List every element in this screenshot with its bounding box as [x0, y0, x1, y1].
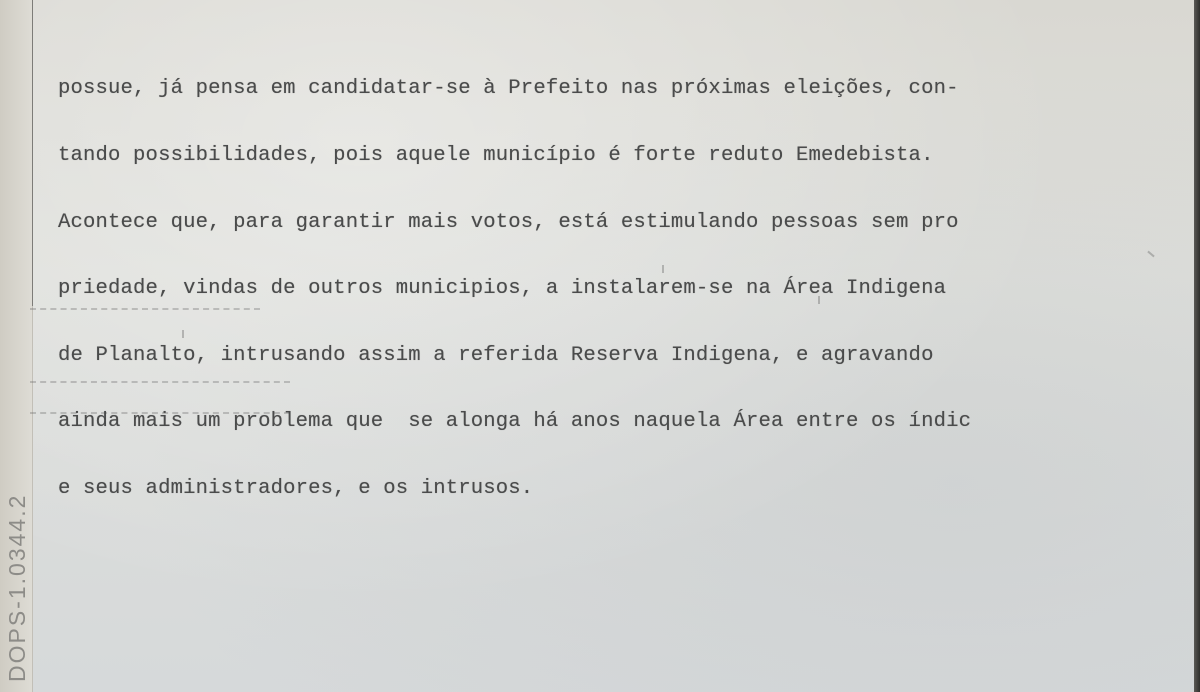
typed-line: Acontece que, para garantir mais votos, …: [58, 212, 1200, 234]
margin-rule-line: [32, 0, 33, 306]
paper-speck: [182, 330, 184, 338]
typewritten-body: possue, já pensa em candidatar-se à Pref…: [58, 34, 1200, 545]
paper-speck: [818, 296, 820, 304]
typed-line: e seus administradores, e os intrusos.: [58, 478, 1200, 500]
typed-line: priedade, vindas de outros municipios, a…: [58, 278, 1200, 300]
scan-edge: [1194, 0, 1200, 692]
typed-line: de Planalto, intrusando assim a referida…: [58, 345, 1200, 367]
document-page: possue, já pensa em candidatar-se à Pref…: [0, 0, 1194, 692]
typed-line: possue, já pensa em candidatar-se à Pref…: [58, 78, 1200, 100]
typed-line: ainda mais um problema que se alonga há …: [58, 411, 1200, 433]
typed-line: tando possibilidades, pois aquele municí…: [58, 145, 1200, 167]
paper-speck: [662, 265, 664, 273]
archive-stamp: DOPS-1.0344.2: [4, 494, 31, 682]
